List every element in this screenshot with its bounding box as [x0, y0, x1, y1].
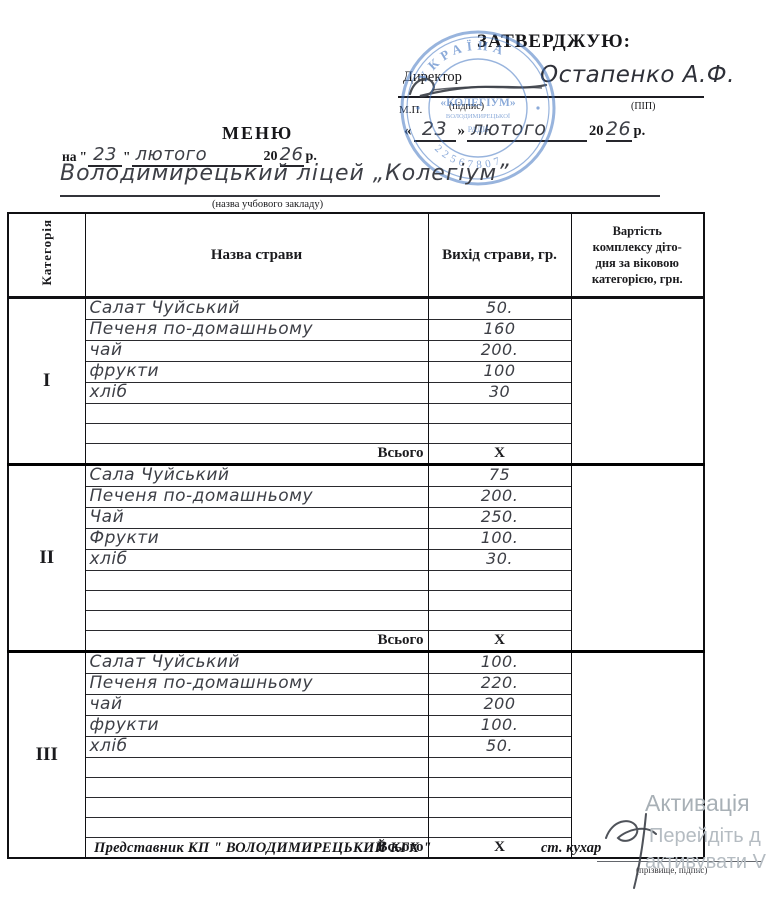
dish-cell: Печеня по-домашньому: [85, 487, 428, 508]
dish-output: 160: [483, 319, 515, 338]
mp-label: М.П.: [399, 104, 422, 116]
table-row: IIСала Чуйський75: [8, 465, 704, 487]
empty-output-cell: [428, 571, 571, 591]
dish-output: 200: [483, 694, 515, 713]
output-cell: 100.: [428, 716, 571, 737]
output-cell: 100: [428, 362, 571, 383]
output-cell: 30.: [428, 550, 571, 571]
dish-name: Салат Чуйський: [90, 298, 240, 318]
empty-dish-cell: [85, 571, 428, 591]
category-header-label: Категорія: [39, 219, 55, 286]
empty-output-cell: [428, 611, 571, 631]
director-signature-scribble: [402, 70, 552, 104]
dish-name: Сала Чуйський: [90, 465, 230, 485]
output-cell: 100.: [428, 652, 571, 674]
dish-name: фрукти: [90, 361, 160, 381]
empty-dish-cell: [85, 798, 428, 818]
school-caption: (назва учбового закладу): [212, 199, 323, 210]
dish-cell: Салат Чуйський: [85, 652, 428, 674]
director-name-handwritten: Остапенко А.Ф.: [540, 62, 735, 88]
cost-header-line: дня за віковою: [572, 255, 704, 271]
dish-output: 200.: [481, 340, 519, 359]
category-label: II: [8, 465, 85, 652]
empty-output-cell: [428, 758, 571, 778]
cost-header-line: комплексу діто-: [572, 239, 704, 255]
approval-date-month: лютого: [471, 118, 546, 140]
cost-cell: [571, 465, 704, 652]
total-value: X: [428, 631, 571, 652]
output-cell: 30: [428, 383, 571, 404]
dish-cell: хліб: [85, 737, 428, 758]
dish-cell: Чай: [85, 508, 428, 529]
output-cell: 160: [428, 320, 571, 341]
dish-name: Печеня по-домашньому: [90, 486, 314, 506]
empty-output-cell: [428, 778, 571, 798]
watermark-line2: Перейдіть д: [649, 825, 761, 848]
approval-date-line: « 23 » лютого 20 26 р.: [402, 118, 647, 142]
empty-dish-cell: [85, 591, 428, 611]
document-page: ЗАТВЕРДЖУЮ: Директор Остапенко А.Ф. М.П.…: [0, 0, 768, 920]
dish-output: 200.: [481, 486, 519, 505]
dish-output: 100.: [481, 528, 519, 547]
empty-dish-cell: [85, 611, 428, 631]
dish-name: хліб: [90, 382, 128, 402]
watermark-line1: Активація: [645, 790, 750, 817]
dish-output: 50.: [486, 298, 513, 317]
dish-output: 250.: [481, 507, 519, 526]
approve-heading: ЗАТВЕРДЖУЮ:: [477, 31, 631, 53]
empty-dish-cell: [85, 758, 428, 778]
cook-label: ст. кухар: [541, 840, 601, 857]
dish-name: Фрукти: [90, 528, 160, 548]
output-cell: 100.: [428, 529, 571, 550]
cost-cell: [571, 298, 704, 465]
table-row: IIIСалат Чуйський100.: [8, 652, 704, 674]
table-header-row: Категорія Назва страви Вихід страви, гр.…: [8, 213, 704, 298]
empty-dish-cell: [85, 424, 428, 444]
dish-output: 100.: [481, 715, 519, 734]
dish-output: 75: [489, 465, 510, 484]
col-header-category: Категорія: [8, 213, 85, 298]
output-cell: 200.: [428, 487, 571, 508]
approval-year-prefix: 20: [587, 123, 606, 142]
empty-dish-cell: [85, 818, 428, 838]
dish-cell: Сала Чуйський: [85, 465, 428, 487]
dish-output: 220.: [481, 673, 519, 692]
menu-table-body: IСалат Чуйський50.Печеня по-домашньому16…: [8, 298, 704, 859]
dish-name: хліб: [90, 736, 128, 756]
output-cell: 50.: [428, 737, 571, 758]
dish-cell: Фрукти: [85, 529, 428, 550]
col-header-dish: Назва страви: [85, 213, 428, 298]
dish-cell: чай: [85, 695, 428, 716]
signature-caption: (підпис): [449, 101, 484, 112]
representative-label: Представник КП " ВОЛОДИМИРЕЦЬКИЙ КГХ ": [94, 840, 432, 857]
menu-title: МЕНЮ: [222, 123, 293, 144]
approval-date-day: 23: [422, 118, 447, 140]
category-label: I: [8, 298, 85, 465]
watermark-line3: активувати V: [645, 851, 766, 874]
dish-name: чай: [90, 694, 123, 714]
output-cell: 200: [428, 695, 571, 716]
dish-name: фрукти: [90, 715, 160, 735]
dish-cell: хліб: [85, 550, 428, 571]
dish-output: 100.: [481, 652, 519, 671]
dish-cell: Печеня по-домашньому: [85, 674, 428, 695]
dish-name: Печеня по-домашньому: [90, 673, 314, 693]
cost-header-line: категорією, грн.: [572, 271, 704, 287]
output-cell: 250.: [428, 508, 571, 529]
empty-output-cell: [428, 424, 571, 444]
dish-name: Печеня по-домашньому: [90, 319, 314, 339]
empty-output-cell: [428, 591, 571, 611]
school-name-line: Володимирецький ліцей „Колегіум”: [60, 161, 660, 197]
dish-cell: Печеня по-домашньому: [85, 320, 428, 341]
approval-year-suffix: 26: [606, 118, 631, 140]
total-label: Всього: [85, 444, 428, 465]
output-cell: 50.: [428, 298, 571, 320]
output-cell: 220.: [428, 674, 571, 695]
menu-table: Категорія Назва страви Вихід страви, гр.…: [7, 212, 705, 859]
empty-output-cell: [428, 798, 571, 818]
dish-name: Чай: [90, 507, 125, 527]
output-cell: 200.: [428, 341, 571, 362]
table-row: IСалат Чуйський50.: [8, 298, 704, 320]
col-header-output: Вихід страви, гр.: [428, 213, 571, 298]
dish-output: 30: [489, 382, 510, 401]
approval-year-unit: р.: [632, 123, 648, 142]
dish-name: Салат Чуйський: [90, 652, 240, 672]
output-cell: 75: [428, 465, 571, 487]
close-quote: »: [456, 123, 468, 142]
school-name-handwritten: Володимирецький ліцей „Колегіум”: [60, 161, 510, 186]
dish-name: хліб: [90, 549, 128, 569]
dish-cell: хліб: [85, 383, 428, 404]
open-quote: «: [402, 123, 414, 142]
dish-output: 50.: [486, 736, 513, 755]
name-caption: (ПІП): [631, 101, 655, 112]
empty-output-cell: [428, 404, 571, 424]
total-label: Всього: [85, 631, 428, 652]
empty-output-cell: [428, 818, 571, 838]
dish-name: чай: [90, 340, 123, 360]
dish-cell: фрукти: [85, 716, 428, 737]
col-header-cost: Вартість комплексу діто- дня за віковою …: [571, 213, 704, 298]
dish-cell: Салат Чуйський: [85, 298, 428, 320]
empty-dish-cell: [85, 778, 428, 798]
empty-dish-cell: [85, 404, 428, 424]
dish-output: 100: [483, 361, 515, 380]
dish-cell: чай: [85, 341, 428, 362]
category-label: III: [8, 652, 85, 859]
dish-output: 30.: [486, 549, 513, 568]
total-value: X: [428, 444, 571, 465]
cost-header-line: Вартість: [572, 223, 704, 239]
dish-cell: фрукти: [85, 362, 428, 383]
